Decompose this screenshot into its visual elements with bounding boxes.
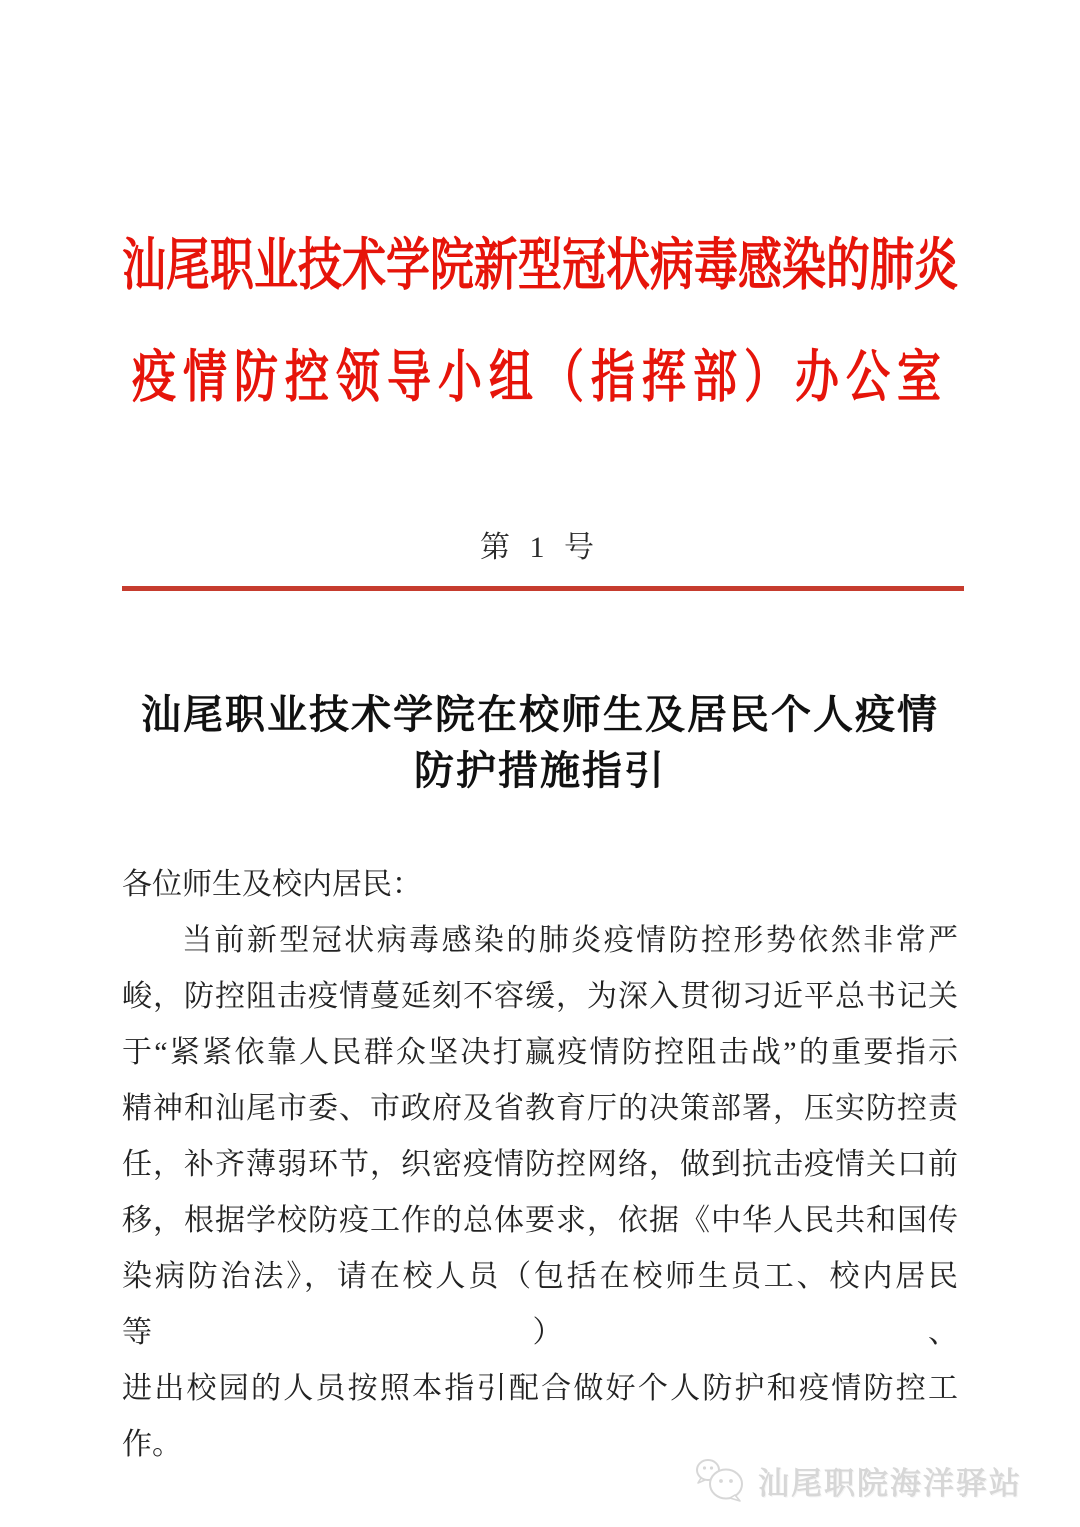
document-title-line-2: 防护措施指引 xyxy=(122,743,958,799)
red-divider-line xyxy=(122,586,964,591)
body-text-line: 任，补齐薄弱环节，织密疫情防控网络，做到抗击疫情关口前 xyxy=(122,1137,958,1193)
body-text-line: 精神和汕尾市委、市政府及省教育厅的决策部署，压实防控责 xyxy=(122,1081,958,1137)
body-text-line: 移，根据学校防疫工作的总体要求，依据《中华人民共和国传 xyxy=(122,1193,958,1249)
body-text-line: 于“紧紧依靠人民群众坚决打赢疫情防控阻击战”的重要指示 xyxy=(122,1025,958,1081)
document-content: 汕尾职业技术学院新型冠状病毒感染的肺炎 疫情防控领导小组（指挥部）办公室 第 1… xyxy=(0,230,1080,1473)
document-number: 第 1 号 xyxy=(122,530,958,566)
body-text-line: 峻，防控阻击疫情蔓延刻不容缓，为深入贯彻习近平总书记关 xyxy=(122,969,958,1025)
document-body: 各位师生及校内居民： 当前新型冠状病毒感染的肺炎疫情防控形势依然非常严 峻，防控… xyxy=(122,857,958,1473)
body-text-line: 当前新型冠状病毒感染的肺炎疫情防控形势依然非常严 xyxy=(122,913,958,969)
document-title: 汕尾职业技术学院在校师生及居民个人疫情 防护措施指引 xyxy=(122,687,958,799)
body-text-line: 染病防治法》，请在校人员（包括在校师生员工、校内居民等）、 xyxy=(122,1249,958,1361)
document-page: 汕尾职业技术学院新型冠状病毒感染的肺炎 疫情防控领导小组（指挥部）办公室 第 1… xyxy=(0,0,1080,1527)
wechat-logo-icon xyxy=(694,1457,748,1503)
account-watermark: 汕尾职院海洋驿站 xyxy=(694,1457,1022,1503)
org-title-line-2: 疫情防控领导小组（指挥部）办公室 xyxy=(122,332,958,424)
document-title-line-1: 汕尾职业技术学院在校师生及居民个人疫情 xyxy=(122,687,958,743)
body-text-line: 进出校园的人员按照本指引配合做好个人防护和疫情防控工 xyxy=(122,1361,958,1417)
salutation: 各位师生及校内居民： xyxy=(122,857,958,913)
watermark-text: 汕尾职院海洋驿站 xyxy=(758,1458,1022,1503)
org-title-line-1: 汕尾职业技术学院新型冠状病毒感染的肺炎 xyxy=(122,220,958,312)
red-letterhead: 汕尾职业技术学院新型冠状病毒感染的肺炎 疫情防控领导小组（指挥部）办公室 xyxy=(122,230,958,414)
